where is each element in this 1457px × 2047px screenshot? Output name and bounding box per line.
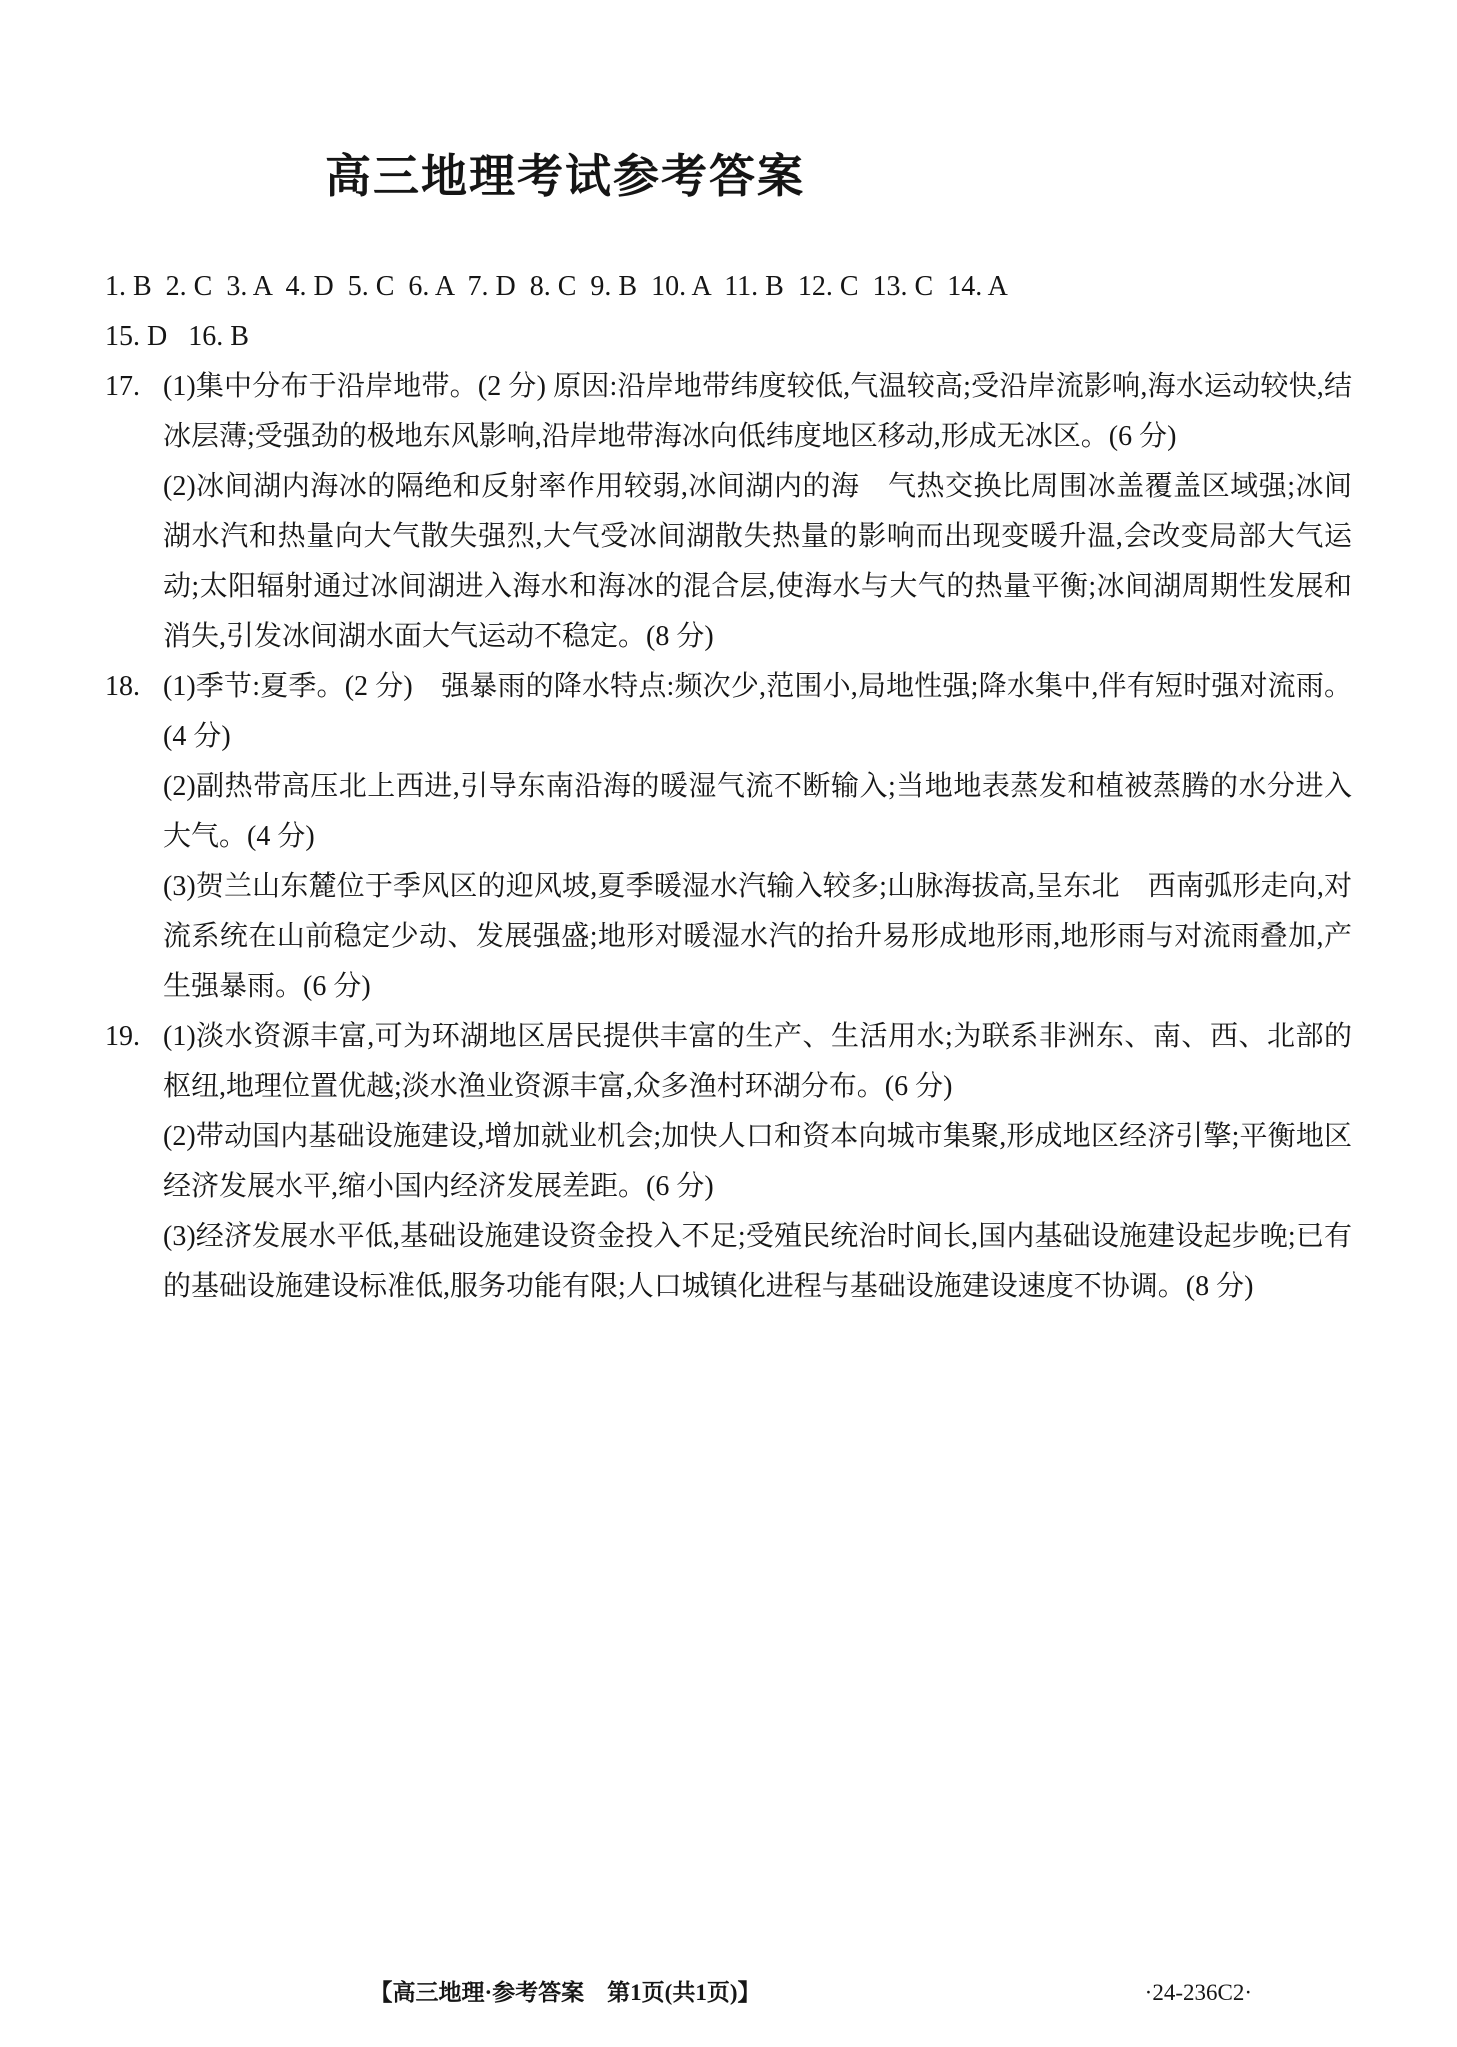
question-17-answer-2: (2)冰间湖内海冰的隔绝和反射率作用较弱,冰间湖内的海 气热交换比周围冰盖覆盖区… xyxy=(163,462,1352,662)
question-18-answer-2: (2)副热带高压北上西进,引导东南沿海的暖湿气流不断输入;当地地表蒸发和植被蒸腾… xyxy=(163,762,1352,862)
page-footer: 【高三地理·参考答案 第1页(共1页)】 ·24-236C2· xyxy=(0,1978,1457,2008)
choice-answers-line-2: 15. D 16. B xyxy=(105,312,1352,362)
multiple-choice-answers: 1. B 2. C 3. A 4. D 5. C 6. A 7. D 8. C … xyxy=(105,262,1352,362)
question-18-answer-3: (3)贺兰山东麓位于季风区的迎风坡,夏季暖湿水汽输入较多;山脉海拔高,呈东北 西… xyxy=(163,862,1352,1012)
footer-paper-code: ·24-236C2· xyxy=(1145,1978,1252,2008)
question-17-answer-1: (1)集中分布于沿岸地带。(2 分) 原因:沿岸地带纬度较低,气温较高;受沿岸流… xyxy=(163,362,1352,462)
page-title: 高三地理考试参考答案 xyxy=(325,140,805,206)
question-19-block: 19. (1)淡水资源丰富,可为环湖地区居民提供丰富的生产、生活用水;为联系非洲… xyxy=(105,1012,1352,1312)
question-19-number: 19. xyxy=(105,1012,140,1062)
question-18-answer-1: (1)季节:夏季。(2 分) 强暴雨的降水特点:频次少,范围小,局地性强;降水集… xyxy=(163,662,1352,762)
document-body: 1. B 2. C 3. A 4. D 5. C 6. A 7. D 8. C … xyxy=(105,262,1352,1312)
footer-page-label: 【高三地理·参考答案 第1页(共1页)】 xyxy=(0,1978,1130,2008)
question-19-answer-3: (3)经济发展水平低,基础设施建设资金投入不足;受殖民统治时间长,国内基础设施建… xyxy=(163,1212,1352,1312)
question-18-block: 18. (1)季节:夏季。(2 分) 强暴雨的降水特点:频次少,范围小,局地性强… xyxy=(105,662,1352,1012)
choice-answers-line-1: 1. B 2. C 3. A 4. D 5. C 6. A 7. D 8. C … xyxy=(105,262,1352,312)
title-row: 高三地理考试参考答案 xyxy=(0,0,1130,206)
question-17-number: 17. xyxy=(105,362,140,412)
question-17-block: 17. (1)集中分布于沿岸地带。(2 分) 原因:沿岸地带纬度较低,气温较高;… xyxy=(105,362,1352,662)
question-19-answer-2: (2)带动国内基础设施建设,增加就业机会;加快人口和资本向城市集聚,形成地区经济… xyxy=(163,1112,1352,1212)
answer-sheet-page: 高三地理考试参考答案 1. B 2. C 3. A 4. D 5. C 6. A… xyxy=(0,0,1457,2047)
question-19-answer-1: (1)淡水资源丰富,可为环湖地区居民提供丰富的生产、生活用水;为联系非洲东、南、… xyxy=(163,1012,1352,1112)
question-18-number: 18. xyxy=(105,662,140,712)
